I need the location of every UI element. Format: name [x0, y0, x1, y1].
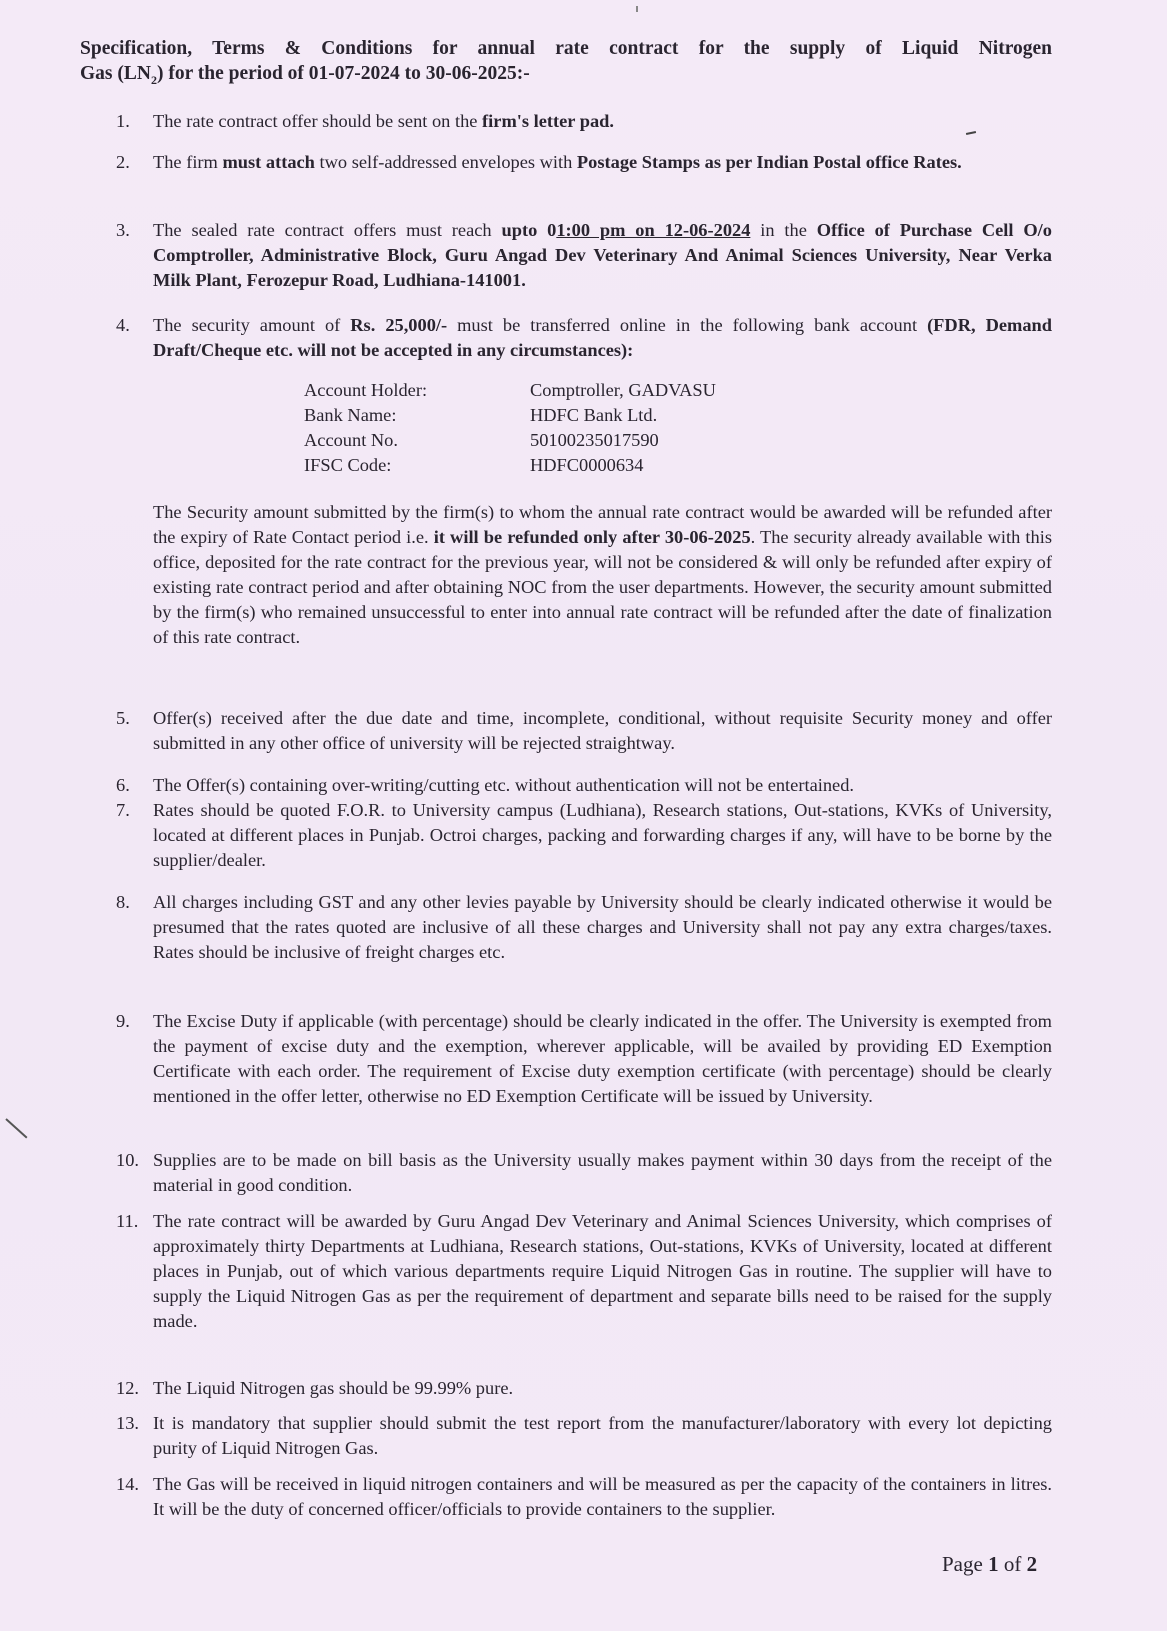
title-line-2: Gas (LN2) for the period of 01-07-2024 t…: [80, 61, 1052, 93]
scan-speck: [636, 6, 638, 12]
term-item-8: 8. All charges including GST and any oth…: [116, 890, 1052, 965]
term-item-11: 11. The rate contract will be awarded by…: [116, 1209, 1052, 1334]
bank-row-account-no: Account No. 50100235017590: [304, 428, 716, 453]
bank-row-account-holder: Account Holder: Comptroller, GADVASU: [304, 378, 716, 403]
pen-stroke-mark: [5, 1118, 27, 1138]
term-item-14: 14. The Gas will be received in liquid n…: [116, 1472, 1052, 1522]
term-item-9: 9. The Excise Duty if applicable (with p…: [116, 1009, 1052, 1109]
term-item-4: 4. The security amount of Rs. 25,000/- m…: [116, 313, 1052, 363]
term-item-1: 1. The rate contract offer should be sen…: [116, 109, 1052, 134]
page-number: Page 1 of 2: [942, 1552, 1037, 1577]
term-item-13: 13. It is mandatory that supplier should…: [116, 1411, 1052, 1461]
security-refund-paragraph: The Security amount submitted by the fir…: [153, 500, 1052, 650]
bank-details: Account Holder: Comptroller, GADVASU Ban…: [304, 378, 716, 478]
document-page: Specification, Terms & Conditions for an…: [0, 0, 1167, 1631]
term-item-10: 10. Supplies are to be made on bill basi…: [116, 1148, 1052, 1198]
bank-row-ifsc: IFSC Code: HDFC0000634: [304, 453, 716, 478]
term-item-7: 7. Rates should be quoted F.O.R. to Univ…: [116, 798, 1052, 873]
title-line-1: Specification, Terms & Conditions for an…: [80, 38, 1052, 59]
term-item-12: 12. The Liquid Nitrogen gas should be 99…: [116, 1376, 1052, 1401]
term-item-2: 2. The firm must attach two self-address…: [116, 150, 1052, 175]
term-item-6: 6. The Offer(s) containing over-writing/…: [116, 773, 1052, 798]
term-item-5: 5. Offer(s) received after the due date …: [116, 706, 1052, 756]
bank-row-bank-name: Bank Name: HDFC Bank Ltd.: [304, 403, 716, 428]
document-title: Specification, Terms & Conditions for an…: [80, 36, 1052, 93]
term-item-3: 3. The sealed rate contract offers must …: [116, 218, 1052, 293]
